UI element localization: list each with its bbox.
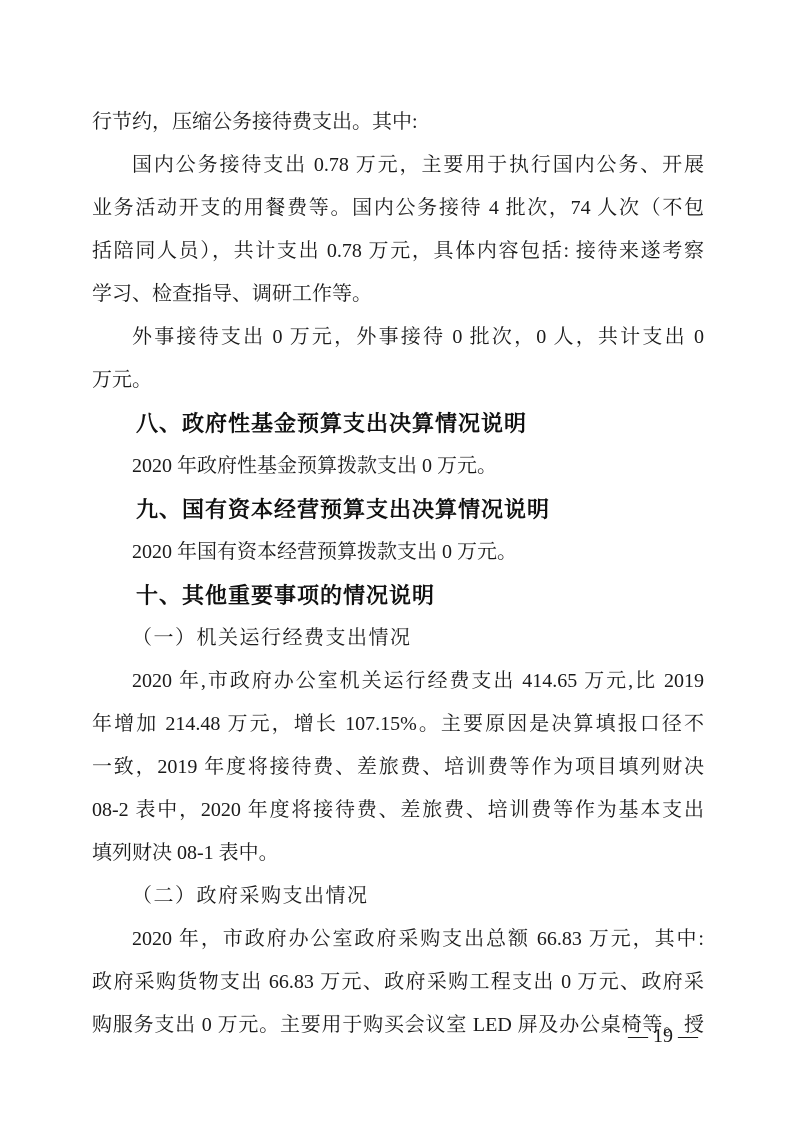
section-heading: 八、政府性基金预算支出决算情况说明: [92, 402, 704, 445]
section-heading: 十、其他重要事项的情况说明: [92, 574, 704, 617]
body-line: 万元。: [92, 359, 704, 402]
body-line: 填列财决 08-1 表中。: [92, 832, 704, 875]
body-line: 2020 年政府性基金预算拨款支出 0 万元。: [92, 445, 704, 488]
body-line: 政府采购货物支出 66.83 万元、政府采购工程支出 0 万元、政府采: [92, 961, 704, 1004]
body-line: 行节约，压缩公务接待费支出。其中:: [92, 101, 704, 144]
page-number: — 19 —: [92, 1015, 698, 1058]
body-line: 08-2 表中，2020 年度将接待费、差旅费、培训费等作为基本支出: [92, 789, 704, 832]
body-line: 2020 年,市政府办公室机关运行经费支出 414.65 万元,比 2019: [92, 660, 704, 703]
body-line: 学习、检查指导、调研工作等。: [92, 273, 704, 316]
document-page: 行节约，压缩公务接待费支出。其中:国内公务接待支出 0.78 万元，主要用于执行…: [0, 0, 793, 1122]
subsection-heading: （一）机关运行经费支出情况: [92, 617, 704, 660]
body-line: 业务活动开支的用餐费等。国内公务接待 4 批次，74 人次（不包: [92, 187, 704, 230]
body-line: 括陪同人员），共计支出 0.78 万元，具体内容包括: 接待来遂考察: [92, 230, 704, 273]
body-line: 年增加 214.48 万元，增长 107.15%。主要原因是决算填报口径不: [92, 703, 704, 746]
body-line: 外事接待支出 0 万元，外事接待 0 批次，0 人，共计支出 0: [92, 316, 704, 359]
body-line: 一致，2019 年度将接待费、差旅费、培训费等作为项目填列财决: [92, 746, 704, 789]
section-heading: 九、国有资本经营预算支出决算情况说明: [92, 488, 704, 531]
subsection-heading: （二）政府采购支出情况: [92, 875, 704, 918]
body-line: 2020 年，市政府办公室政府采购支出总额 66.83 万元，其中:: [92, 918, 704, 961]
document-text-block: 行节约，压缩公务接待费支出。其中:国内公务接待支出 0.78 万元，主要用于执行…: [92, 101, 704, 1047]
body-line: 国内公务接待支出 0.78 万元，主要用于执行国内公务、开展: [92, 144, 704, 187]
body-line: 2020 年国有资本经营预算拨款支出 0 万元。: [92, 531, 704, 574]
